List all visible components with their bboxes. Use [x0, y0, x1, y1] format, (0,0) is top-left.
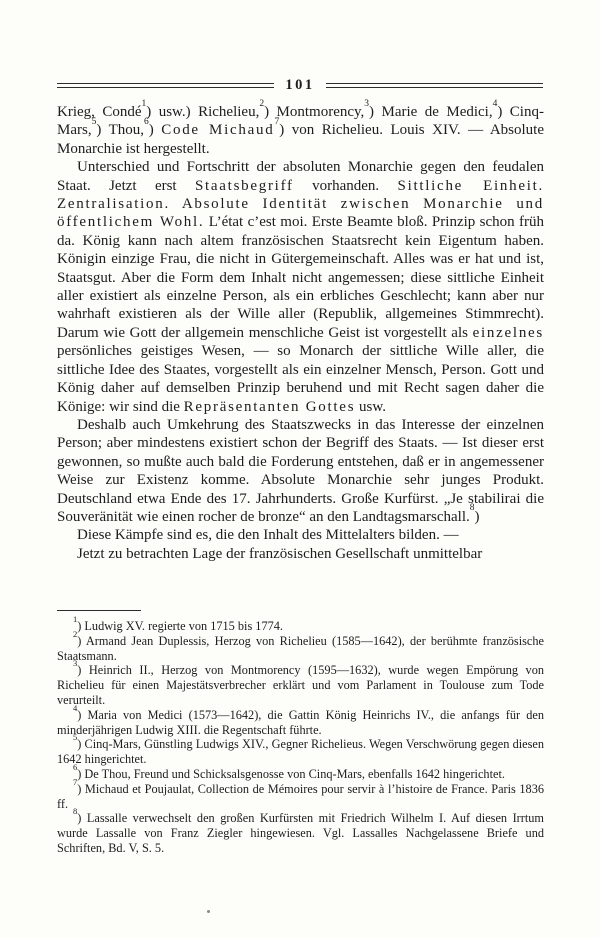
footnote-7: 7) Michaud et Poujaulat, Collection de M… [57, 782, 544, 812]
page-number: 101 [284, 78, 315, 93]
footnote-3: 3) Heinrich II., Herzog von Montmorency … [57, 663, 544, 707]
footnote-marker: 1 [142, 99, 147, 109]
footnote-5: 5) Cinq-Mars, Günstling Ludwigs XIV., Ge… [57, 737, 544, 767]
footnote-8: 8) Lassalle verwechselt den großen Kurfü… [57, 811, 544, 855]
paragraph-4: Diese Kämpfe sind es, die den Inhalt des… [57, 526, 544, 544]
footnote-marker: 8 [470, 503, 475, 513]
footnotes: 1) Ludwig XV. regierte von 1715 bis 1774… [57, 619, 544, 856]
footnote-marker: 5 [92, 117, 97, 127]
footnote-marker: 3 [73, 658, 77, 668]
footnote-marker: 3 [364, 99, 369, 109]
letterspaced-emphasis: Sittliche Einheit. Zentralisation. Absol… [57, 178, 544, 231]
footnote-marker: 5 [73, 732, 77, 742]
footnote-separator [57, 610, 141, 611]
footnote-marker: 4 [493, 99, 498, 109]
paragraph-1: Krieg, Condé1) usw.) Richelieu,2) Montmo… [57, 103, 544, 158]
footnote-marker: 8 [73, 806, 77, 816]
footnote-marker: 2 [259, 99, 264, 109]
main-text: Krieg, Condé1) usw.) Richelieu,2) Montmo… [57, 103, 544, 563]
footnote-2: 2) Armand Jean Duplessis, Herzog von Ric… [57, 634, 544, 664]
book-page: 101 Krieg, Condé1) usw.) Richelieu,2) Mo… [0, 0, 600, 938]
ink-speck [207, 910, 210, 913]
paragraph-3: Deshalb auch Umkehrung des Staatszwecks … [57, 416, 544, 526]
footnote-6: 6) De Thou, Freund und Schicksalsgenosse… [57, 767, 544, 782]
page-header: 101 [57, 78, 543, 93]
footnote-marker: 6 [144, 117, 149, 127]
letterspaced-emphasis: einzelnes [473, 325, 544, 341]
footnote-marker: 6 [73, 762, 77, 772]
letterspaced-emphasis: Staatsbegriff [195, 178, 294, 194]
footnote-4: 4) Maria von Medici (1573—1642), die Gat… [57, 708, 544, 738]
footnote-marker: 7 [73, 777, 77, 787]
letterspaced-emphasis: Code Michaud [161, 122, 274, 138]
header-rule-right [326, 83, 543, 88]
letterspaced-emphasis: Repräsentanten Gottes [184, 399, 356, 415]
footnote-1: 1) Ludwig XV. regierte von 1715 bis 1774… [57, 619, 544, 634]
paragraph-2: Unterschied und Fortschritt der absolute… [57, 158, 544, 416]
paragraph-5: Jetzt zu betrachten Lage der französisch… [57, 545, 544, 563]
footnote-marker: 1 [73, 614, 77, 624]
footnote-marker: 7 [274, 117, 279, 127]
header-rule-left [57, 83, 274, 88]
footnote-marker: 4 [73, 703, 77, 713]
footnote-marker: 2 [73, 629, 77, 639]
